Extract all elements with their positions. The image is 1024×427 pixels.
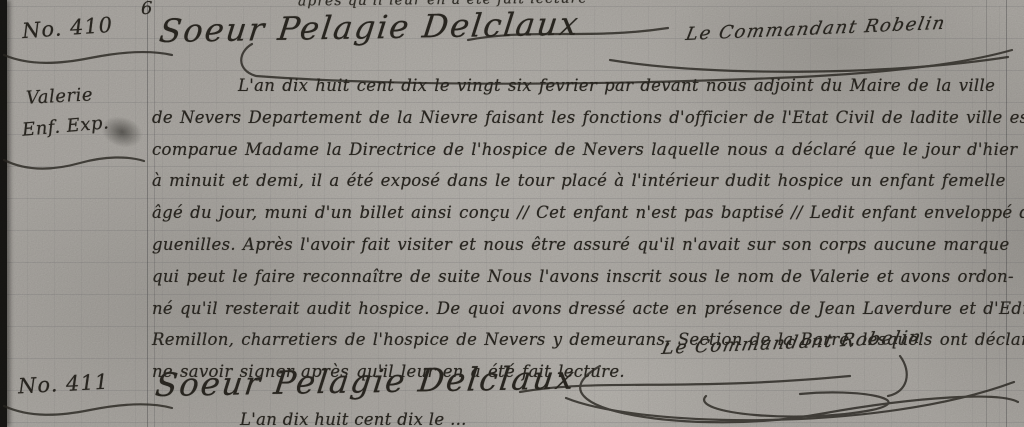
register-page-scan: après qu'il leur en a été fait lecture 6…: [0, 0, 1024, 427]
body-line: qui peut le faire reconnaître de suite N…: [152, 261, 1022, 293]
scan-left-edge: [0, 0, 7, 427]
body-line: né qu'il resterait audit hospice. De quo…: [152, 293, 1022, 325]
margin-child-name: Valerie: [25, 84, 93, 108]
margin-rule-line: [147, 0, 148, 427]
body-line: L'an dix huit cent dix le vingt six fevr…: [152, 70, 1022, 102]
body-line: de Nevers Departement de la Nievre faisa…: [152, 102, 1022, 134]
record-number: No. 411: [17, 370, 109, 399]
clipped-first-line: L'an dix huit cent dix le …: [240, 410, 467, 427]
record-heading: Soeur Pelagie Delclaux: [157, 5, 582, 50]
body-line: à minuit et demi, il a été exposé dans l…: [152, 165, 1022, 197]
body-line: âgé du jour, muni d'un billet ainsi conç…: [152, 197, 1022, 229]
body-line: comparue Madame la Directrice de l'hospi…: [152, 134, 1022, 166]
top-margin-fragment: 6: [141, 0, 152, 19]
record-heading: Soeur Pelagie Delclaux: [153, 359, 578, 404]
body-line: guenilles. Après l'avoir fait visiter et…: [152, 229, 1022, 261]
